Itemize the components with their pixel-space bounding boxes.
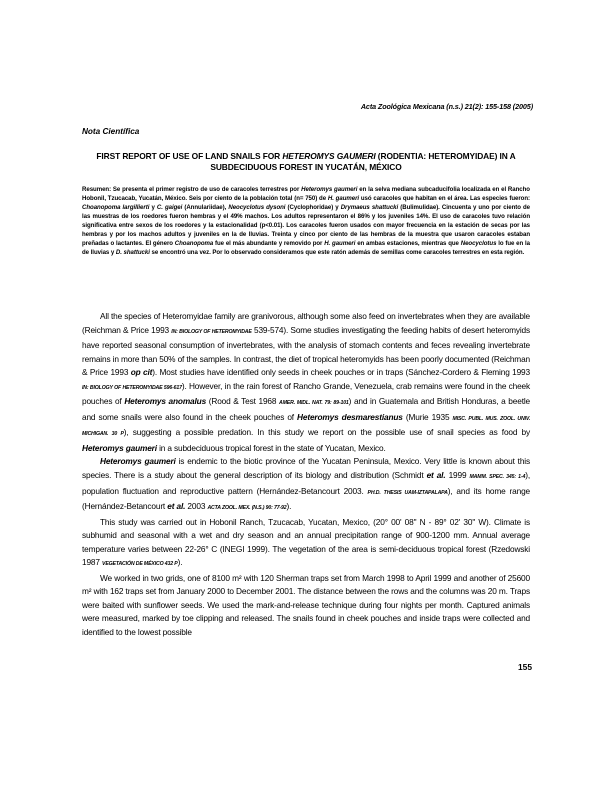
title-text: FIRST REPORT OF USE OF LAND SNAILS FOR <box>96 151 282 161</box>
et-al: et al. <box>167 501 185 511</box>
text: We worked in two grids, one of 8100 m² w… <box>82 573 530 637</box>
reference: Amer. Midl. Nat. 79: 89-101 <box>279 400 349 406</box>
op-cit: op cit <box>131 367 153 377</box>
paragraph-3: This study was carried out in Hobonil Ra… <box>82 516 530 572</box>
page-number: 155 <box>518 662 532 672</box>
abstract-text: en ambas estaciones, mientras que <box>355 240 460 247</box>
species-name: Neocyclotus dysoni <box>228 204 285 211</box>
text: 2003 <box>185 501 207 511</box>
reference: In: Biology of Heteromyidae 596-617 <box>82 385 182 391</box>
document-page: Acta Zoológica Mexicana (n.s.) 21(2): 15… <box>0 0 612 792</box>
abstract-label: Resumen: <box>82 186 111 193</box>
abstract-text: usó caracoles que habitan en el área. La… <box>359 195 530 202</box>
text: This study was carried out in Hobonil Ra… <box>82 517 530 568</box>
species-name: Drymaeus shattucki <box>341 204 398 211</box>
abstract-text: (Annulariidae), <box>182 204 228 211</box>
text: 1999 <box>446 470 470 480</box>
text: ), suggesting a possible predation. In t… <box>124 427 530 437</box>
text: in a subdeciduous tropical forest in the… <box>157 443 386 453</box>
abstract-text: y <box>149 204 157 211</box>
article-title: FIRST REPORT OF USE OF LAND SNAILS FOR H… <box>82 151 530 173</box>
abstract-text: (Cyclophoridae) y <box>285 204 340 211</box>
et-al: et al. <box>427 470 446 480</box>
species-name: H. gaumeri <box>328 195 359 202</box>
text: (Rood & Test 1968 <box>206 396 279 406</box>
reference: Mamm. Spec. 345: 1-4 <box>470 474 526 480</box>
abstract-text: Se presenta el primer registro de uso de… <box>111 186 301 193</box>
reference: In: Biology of Heteromyidae <box>171 329 251 335</box>
journal-citation: Acta Zoológica Mexicana (n.s.) 21(2): 15… <box>361 102 533 111</box>
species-name: Choanopoma <box>175 240 213 247</box>
section-label: Nota Científica <box>82 127 139 136</box>
abstract-text: fue el más abundante y removido por <box>213 240 324 247</box>
text: (Murie 1935 <box>403 412 453 422</box>
species-name: Heteromys gaumeri <box>100 456 176 466</box>
reference: Acta Zool. Mex. (n.s.) 90: 77-92 <box>207 505 286 511</box>
paragraph-2: Heteromys gaumeri is endemic to the biot… <box>82 455 530 515</box>
paragraph-1: All the species of Heteromyidae family a… <box>82 310 530 455</box>
text: ). <box>287 501 292 511</box>
reference: Vegetación de México 432 p <box>102 561 178 567</box>
species-name: Neocyclotus <box>461 240 497 247</box>
title-species: HETEROMYS GAUMERI <box>282 151 375 161</box>
paragraph-4: We worked in two grids, one of 8100 m² w… <box>82 572 530 640</box>
abstract: Resumen: Se presenta el primer registro … <box>82 185 530 257</box>
species-name: H. gaumeri <box>324 240 355 247</box>
species-name: Heteromys gaumeri <box>82 443 157 453</box>
species-name: D. shattucki <box>116 249 150 256</box>
reference: Ph.D. Thesis UAM-Iztapalapa <box>368 490 448 496</box>
species-name: Heteromys gaumeri <box>301 186 357 193</box>
species-name: Heteromys anomalus <box>124 396 206 406</box>
text: ). <box>178 557 183 567</box>
text: ). Most studies have identified only see… <box>152 367 530 377</box>
species-name: Choanopoma largillierti <box>82 204 149 211</box>
species-name: Heteromys desmarestianus <box>297 412 403 422</box>
body-text: All the species of Heteromyidae family a… <box>82 310 530 640</box>
abstract-text: se encontró una vez. Por lo observado co… <box>150 249 524 256</box>
species-name: C. gaigei <box>157 204 182 211</box>
